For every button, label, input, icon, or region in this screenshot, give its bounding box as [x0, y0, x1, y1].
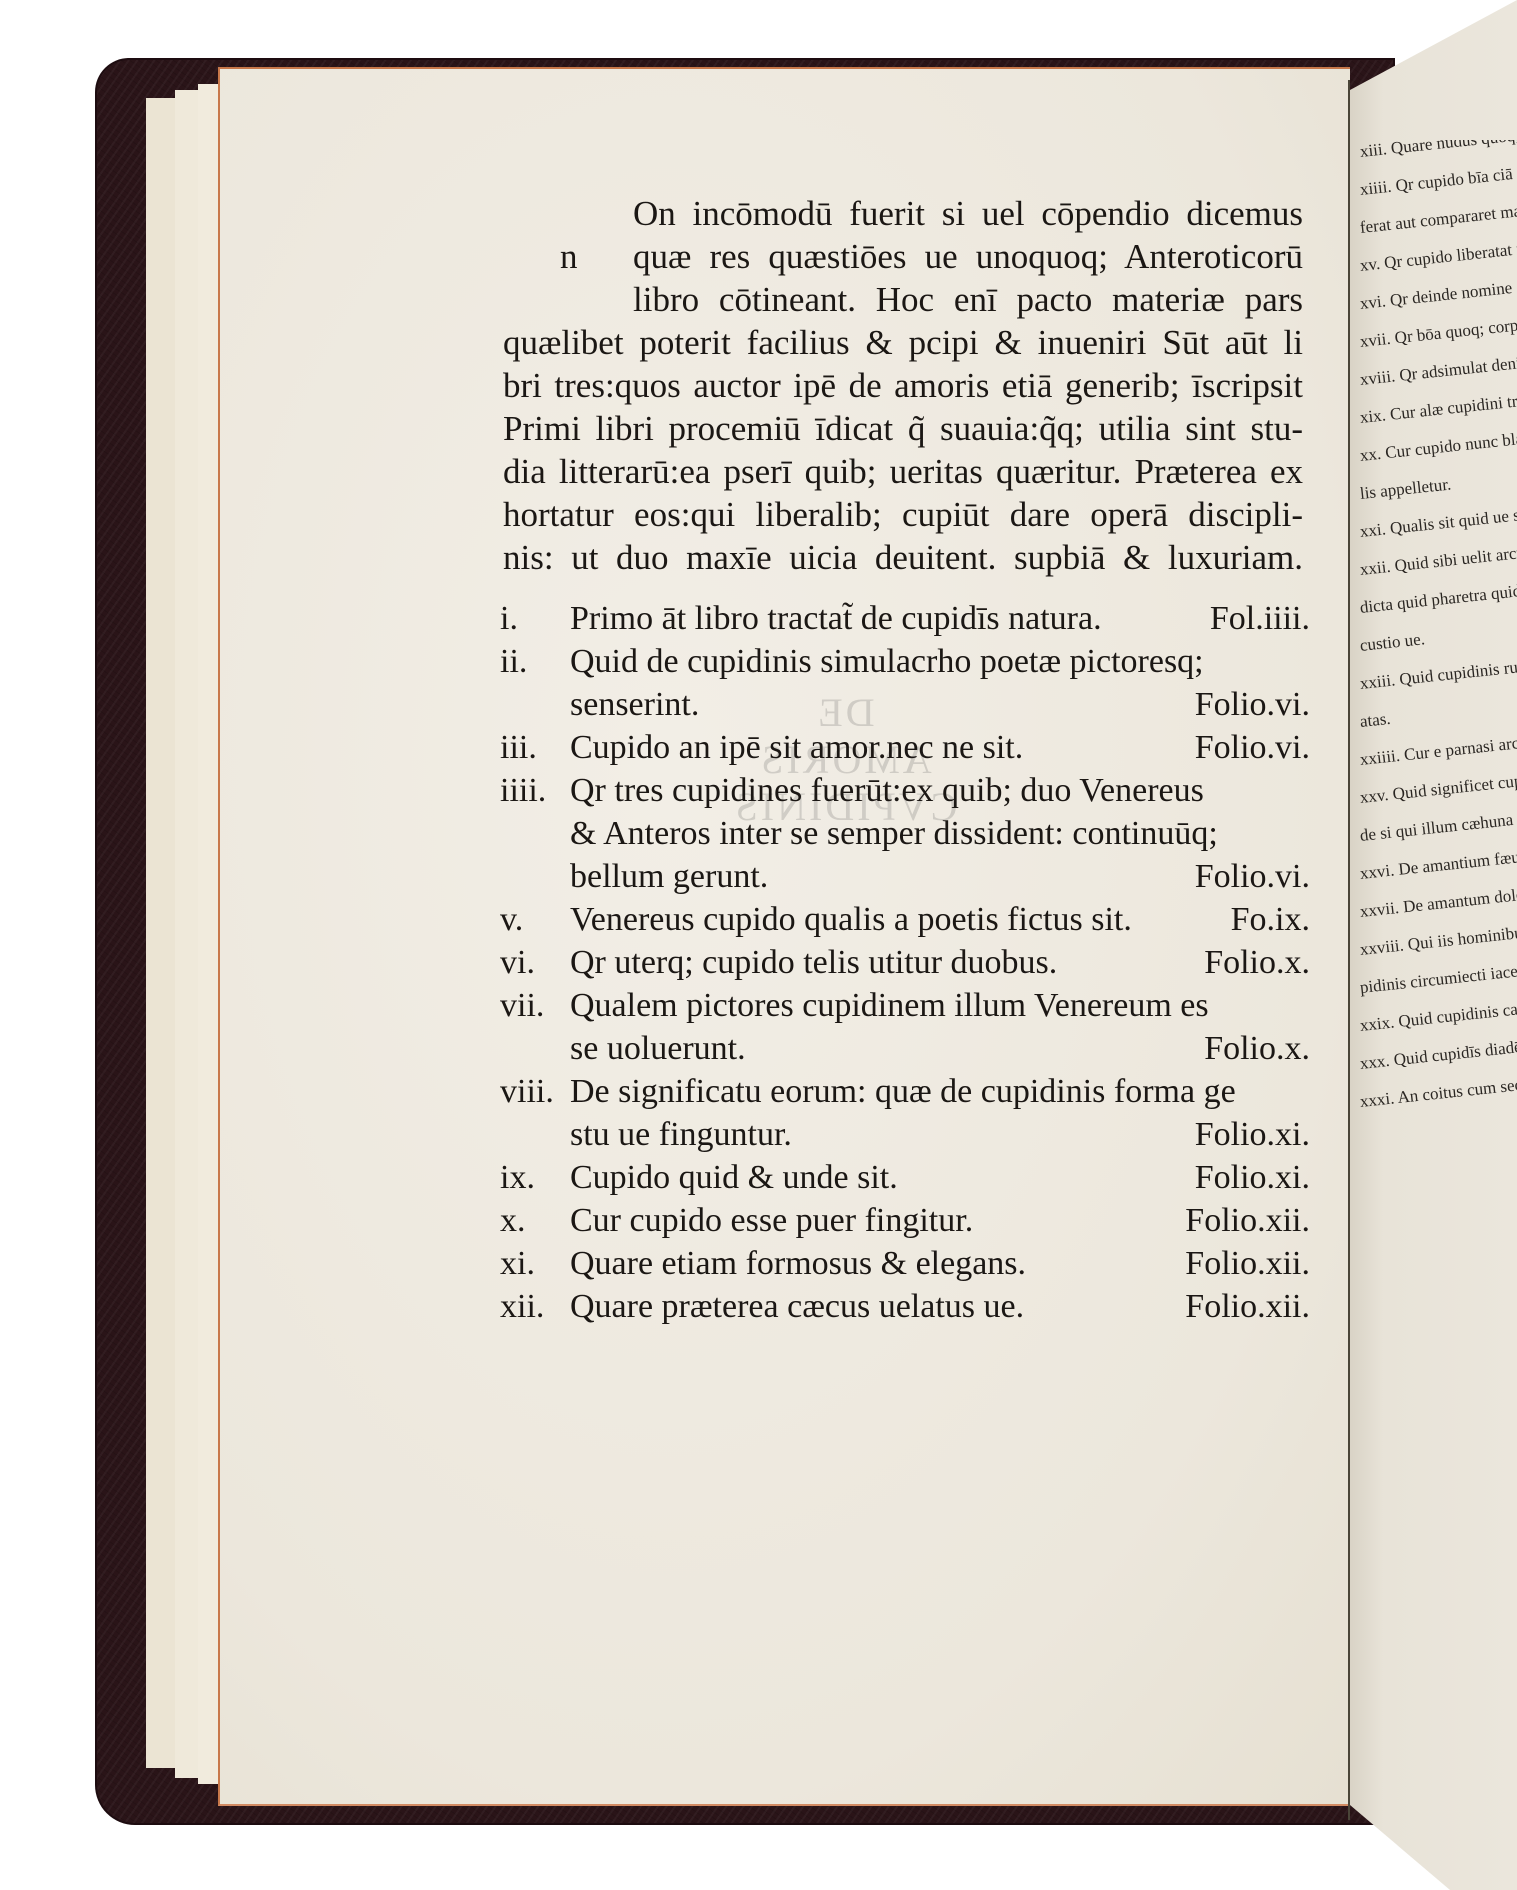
text-line: xiii. Quare nudus quoq;	[1360, 140, 1517, 164]
text-line: xxv. Quid significet cupidīs ignitus cur…	[1360, 770, 1517, 810]
chapter-title: se uoluerunt.	[570, 1030, 746, 1068]
text-line: On incōmodū fuerit si uel cōpendio dicem…	[503, 192, 1303, 235]
folio-reference: Folio.xii.	[1185, 1288, 1310, 1326]
text-line: libro cōtineant. Hoc enī pacto materiæ p…	[503, 278, 1303, 321]
toc-entry: ix. Cupido quid & unde sit. Folio.xi.	[500, 1159, 1310, 1202]
chapter-number: ii.	[500, 643, 527, 681]
toc-entry: viii. De significatu eorum: quæ de cupid…	[500, 1073, 1310, 1116]
text-line: pidinis circumiecti iacent.	[1360, 960, 1517, 1000]
text-line: quæ res quæstiōes ue unoquoq; Anterotico…	[503, 235, 1303, 278]
folio-reference: Folio.x.	[1204, 944, 1310, 982]
text-line: xxi. Qualis sit quid ue significet cupid…	[1360, 504, 1517, 544]
chapter-title: Qr tres cupidines fuerūt:ex quib; duo Ve…	[570, 772, 1204, 810]
text-line: dicta quid pharetra quid denique ...	[1360, 580, 1517, 620]
chapter-number: v.	[500, 901, 523, 939]
text-line: lis appelletur.	[1360, 466, 1517, 506]
chapter-title: Quid de cupidinis simulacrho poetæ picto…	[570, 643, 1204, 681]
text-line: xvii. Qr bōa quoq; corporis tollat minu …	[1360, 314, 1517, 354]
toc-entry: vi. Qr uterq; cupido telis utitur duobus…	[500, 944, 1310, 987]
text-line: xvi. Qr deinde nomine & gloria.	[1360, 276, 1517, 316]
toc-entry: xii. Quare præterea cæcus uelatus ue. Fo…	[500, 1288, 1310, 1331]
text-line: xxvi. De amantium fæuitiæ atq; miser ...	[1360, 846, 1517, 886]
toc-entry: i. Primo āt libro tractat̃ de cupidīs na…	[500, 600, 1310, 643]
chapter-number: vii.	[500, 987, 544, 1025]
toc-entry-continuation: se uoluerunt. Folio.x.	[500, 1030, 1310, 1073]
folio-reference: Folio.xii.	[1185, 1245, 1310, 1283]
chapter-number: viii.	[500, 1073, 554, 1111]
text-line: xxxi. An coitus cum secundum naturam ...	[1360, 1074, 1517, 1114]
text-line: de si qui illum cæhuna equi quam ...	[1360, 808, 1517, 848]
chapter-number: iiii.	[500, 772, 546, 810]
toc-entry: iii. Cupido an ipē sit amor.nec ne sit. …	[500, 729, 1310, 772]
chapter-title: Cupido quid & unde sit.	[570, 1159, 898, 1197]
toc-entry: ii. Quid de cupidinis simulacrho poetæ p…	[500, 643, 1310, 686]
chapter-title: Quare præterea cæcus uelatus ue.	[570, 1288, 1024, 1326]
chapter-number: ix.	[500, 1159, 535, 1197]
chapter-number: xii.	[500, 1288, 544, 1326]
chapter-title: stu ue finguntur.	[570, 1116, 792, 1154]
chapter-title: Qualem pictores cupidinem illum Venereum…	[570, 987, 1209, 1025]
text-line: xv. Qr cupido liberatat primi hominu ...	[1360, 238, 1517, 278]
folio-reference: Folio.vi.	[1195, 729, 1310, 767]
chapter-title: Cupido an ipē sit amor.nec ne sit.	[570, 729, 1023, 767]
folio-reference: Folio.xi.	[1195, 1116, 1310, 1154]
folio-reference: Fol.iiii.	[1210, 600, 1310, 638]
chapter-number: x.	[500, 1202, 526, 1240]
text-line: xx. Cur cupido nunc blandus: nunc c ...	[1360, 428, 1517, 468]
text-line: Primi libri procemiū īdicat q̃ suauia:q̃…	[503, 407, 1303, 450]
chapter-title: Cur cupido esse puer fingitur.	[570, 1202, 973, 1240]
folio-reference: Folio.vi.	[1195, 858, 1310, 896]
chapter-title: senserint.	[570, 686, 699, 724]
toc-entry: v. Venereus cupido qualis a poetis fictu…	[500, 901, 1310, 944]
text-line: xxiii. Quid cupidinis rubor significet .…	[1360, 656, 1517, 696]
chapter-title: Quare etiam formosus & elegans.	[570, 1245, 1026, 1283]
text-line: custio ue.	[1360, 618, 1517, 658]
folio-reference: Folio.xi.	[1195, 1159, 1310, 1197]
chapter-title: Primo āt libro tractat̃ de cupidīs natur…	[570, 600, 1102, 638]
right-page-text: xiii. Quare nudus quoq; xiiii. Qr cupido…	[1360, 140, 1517, 1128]
chapter-number: iii.	[500, 729, 537, 767]
chapter-number: i.	[500, 600, 518, 638]
text-line: ferat aut compararet mala infernas ...	[1360, 200, 1517, 240]
toc-entry-continuation: stu ue finguntur. Folio.xi.	[500, 1116, 1310, 1159]
toc-entry-continuation: & Anteros inter se semper dissident: con…	[500, 815, 1310, 858]
toc-entry: iiii. Qr tres cupidines fuerūt:ex quib; …	[500, 772, 1310, 815]
toc-entry-continuation: senserint. Folio.vi.	[500, 686, 1310, 729]
chapter-title: Qr uterq; cupido telis utitur duobus.	[570, 944, 1057, 982]
text-line: xix. Cur alæ cupidini tribuātur q̃re ...	[1360, 390, 1517, 430]
text-line: xxvii. De amantum dolore & cruciatu ...	[1360, 884, 1517, 924]
text-line: atas.	[1360, 694, 1517, 734]
folio-reference: Folio.xii.	[1185, 1202, 1310, 1240]
text-line: xviii. Qr adsimulat denique formae bona.	[1360, 352, 1517, 392]
text-line: quælibet poterit facilius & pcipi & inue…	[503, 321, 1303, 364]
folio-reference: Folio.vi.	[1195, 686, 1310, 724]
folio-reference: Fo.ix.	[1231, 901, 1310, 939]
text-line: bri tres:quos auctor ipē de amoris etiā …	[503, 364, 1303, 407]
text-line: xxx. Quid cupidīs diadēa coma ue signi .…	[1360, 1036, 1517, 1076]
text-line: xxiiii. Cur e parnasi arce cupido iacula…	[1360, 732, 1517, 772]
text-line: nis: ut duo maxīe uicia deuitent. supbiā…	[503, 536, 1303, 579]
chapter-number: xi.	[500, 1245, 535, 1283]
intro-paragraph: On incōmodū fuerit si uel cōpendio dicem…	[503, 192, 1303, 579]
chapter-title: De significatu eorum: quæ de cupidinis f…	[570, 1073, 1236, 1111]
toc-entry: vii. Qualem pictores cupidinem illum Ven…	[500, 987, 1310, 1030]
toc-entry: xi. Quare etiam formosus & elegans. Foli…	[500, 1245, 1310, 1288]
text-line: hortatur eos:qui liberalib; cupiūt dare …	[503, 493, 1303, 536]
chapter-number: vi.	[500, 944, 535, 982]
toc-entry: x. Cur cupido esse puer fingitur. Folio.…	[500, 1202, 1310, 1245]
chapter-title: & Anteros inter se semper dissident: con…	[570, 815, 1218, 853]
toc-entry-continuation: bellum gerunt. Folio.vi.	[500, 858, 1310, 901]
text-line: dia litterarū:ea pserī quib; ueritas quæ…	[503, 450, 1303, 493]
chapter-title: Venereus cupido qualis a poetis fictus s…	[570, 901, 1132, 939]
text-line: xxii. Quid sibi uelit arcus cupidinis q …	[1360, 542, 1517, 582]
text-line: xxviii. Qui iis hominibus significentur …	[1360, 922, 1517, 962]
chapter-title: bellum gerunt.	[570, 858, 768, 896]
text-line: xiiii. Qr cupido bīa ciā & īgenii ...	[1360, 162, 1517, 202]
folio-reference: Folio.x.	[1204, 1030, 1310, 1068]
gutter	[1348, 80, 1350, 1820]
table-of-contents: i. Primo āt libro tractat̃ de cupidīs na…	[500, 600, 1310, 1331]
text-line: xxix. Quid cupidinis capillus sibi uelit…	[1360, 998, 1517, 1038]
